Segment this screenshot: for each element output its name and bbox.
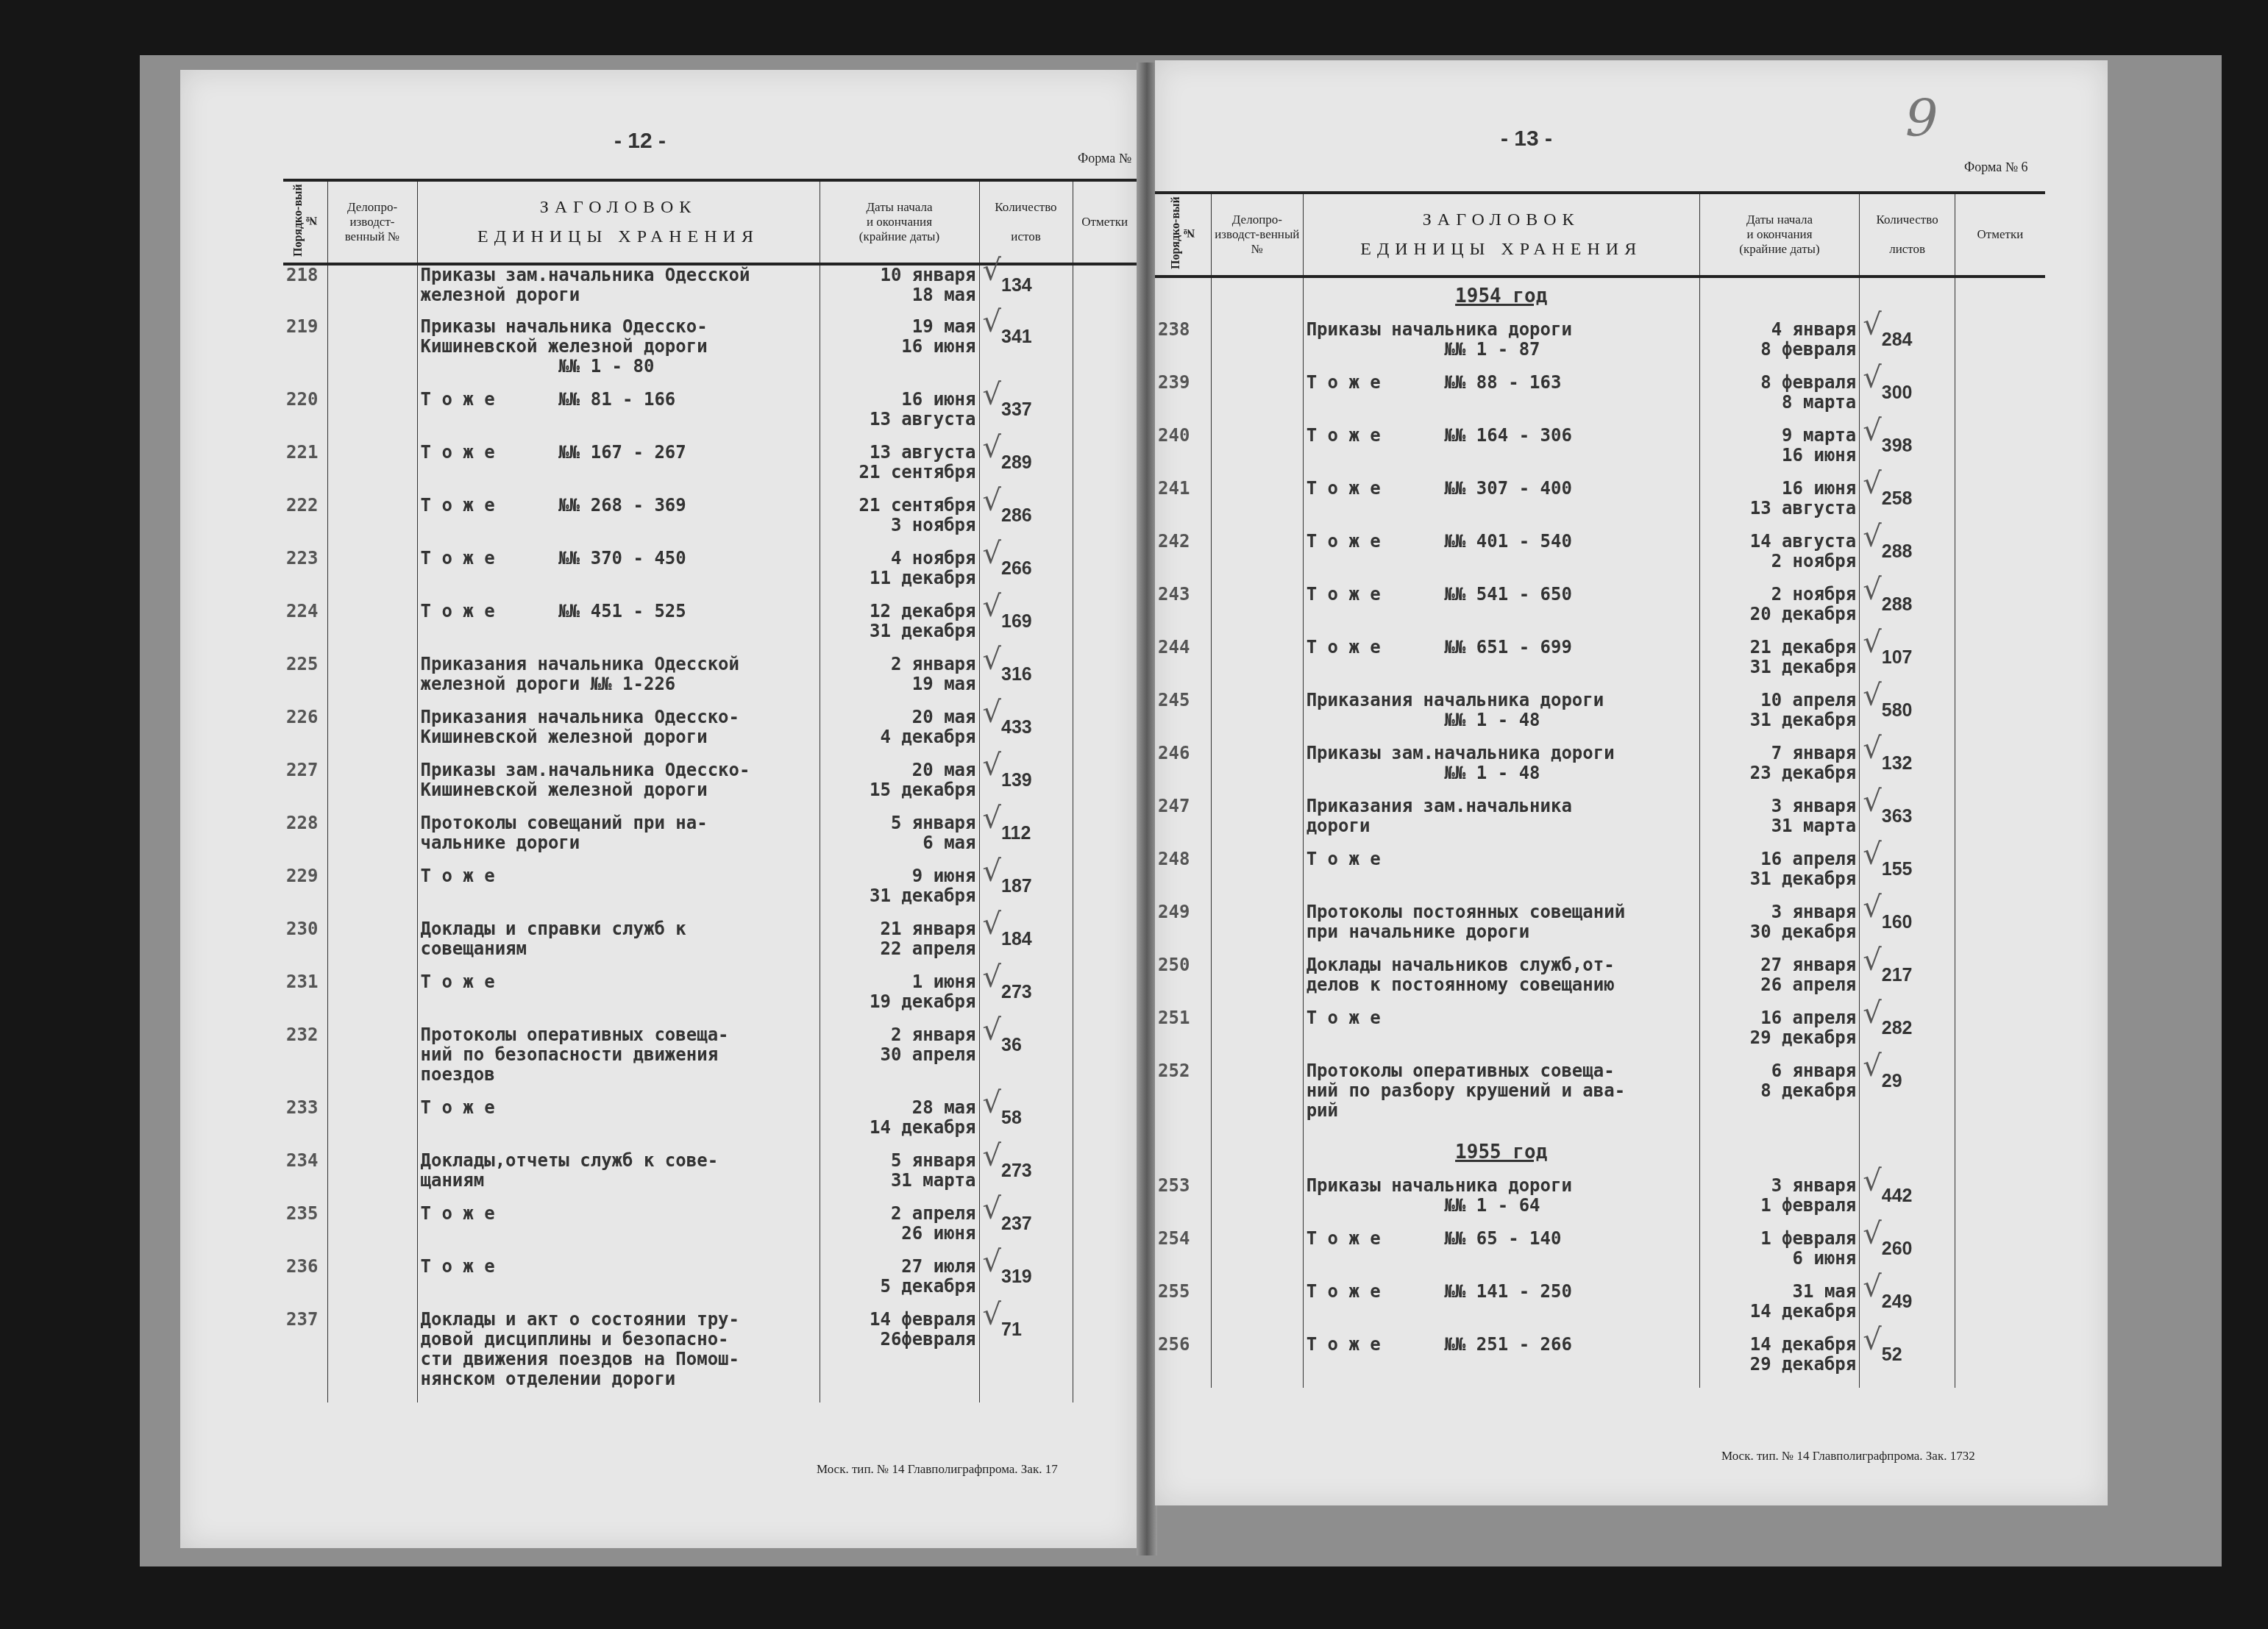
- date-start: 21 сентября: [823, 496, 976, 516]
- date-range: 5 января6 мая: [820, 813, 979, 866]
- office-number: [1212, 638, 1304, 691]
- date-end: 31 декабря: [1703, 710, 1856, 730]
- table-row: 240Т о ж е №№ 164 - 3069 марта16 июня√39…: [1155, 426, 2045, 479]
- notes-cell: [1073, 1310, 1137, 1402]
- register-table-right: Порядко-вый № Делопро-изводст-венный № З…: [1155, 191, 2045, 1388]
- left-page: - 12 - Форма № Порядко-вый № Делопро-изв…: [180, 70, 1137, 1548]
- date-range: 21 декабря31 декабря: [1699, 638, 1859, 691]
- unit-title: Т о ж е: [417, 1204, 820, 1257]
- date-range: 10 января18 мая: [820, 264, 979, 317]
- date-end: 31 декабря: [823, 886, 976, 906]
- date-start: 2 января: [823, 1025, 976, 1045]
- date-end: 31 декабря: [1703, 869, 1856, 889]
- office-number: [327, 1151, 417, 1204]
- notes-cell: [1955, 1282, 2045, 1335]
- date-start: 5 января: [823, 1151, 976, 1171]
- order-number: 251: [1155, 1008, 1212, 1061]
- date-range: 13 августа21 сентября: [820, 443, 979, 496]
- office-number: [1212, 585, 1304, 638]
- date-range: 9 марта16 июня: [1699, 426, 1859, 479]
- date-start: 7 января: [1703, 744, 1856, 763]
- date-end: 29 декабря: [1703, 1355, 1856, 1375]
- date-start: 21 января: [823, 919, 976, 939]
- office-number: [1212, 1335, 1304, 1388]
- check-mark-icon: √: [983, 915, 1002, 935]
- date-range: 16 июня13 августа: [820, 390, 979, 443]
- year-heading-row: 1954 год: [1155, 277, 2045, 320]
- year-heading: 1954 год: [1307, 278, 1696, 320]
- check-mark-icon: √: [1863, 1172, 1882, 1191]
- office-number: [1212, 1008, 1304, 1061]
- notes-cell: [1955, 320, 2045, 373]
- date-range: 4 ноября11 декабря: [820, 549, 979, 602]
- check-mark-icon: √: [983, 1094, 1002, 1113]
- order-number: 224: [283, 602, 327, 655]
- unit-title: Т о ж е №№ 541 - 650: [1303, 585, 1699, 638]
- date-start: 5 января: [823, 813, 976, 833]
- order-number: 246: [1155, 744, 1212, 796]
- check-mark-icon: √: [1863, 580, 1882, 600]
- notes-cell: [1955, 638, 2045, 691]
- notes-cell: [1073, 496, 1137, 549]
- order-number: 250: [1155, 955, 1212, 1008]
- date-start: 9 июня: [823, 866, 976, 886]
- office-number: [1212, 426, 1304, 479]
- date-start: 1 февраля: [1703, 1229, 1856, 1249]
- date-start: 14 февраля: [823, 1310, 976, 1330]
- office-number: [1212, 955, 1304, 1008]
- date-end: 23 декабря: [1703, 763, 1856, 783]
- table-row: 234Доклады,отчеты служб к сове- щаниям5 …: [283, 1151, 1137, 1204]
- date-start: 2 ноября: [1703, 585, 1856, 605]
- notes-cell: [1955, 849, 2045, 902]
- col-order-no: Порядко-вый №: [1155, 193, 1212, 277]
- date-end: 8 февраля: [1703, 340, 1856, 360]
- order-number: 252: [1155, 1061, 1212, 1134]
- date-start: 8 февраля: [1703, 373, 1856, 393]
- order-number: 240: [1155, 426, 1212, 479]
- order-number: 237: [283, 1310, 327, 1402]
- check-mark-icon: √: [1863, 1057, 1882, 1077]
- date-start: 16 июня: [1703, 479, 1856, 499]
- date-end: 29 декабря: [1703, 1028, 1856, 1048]
- unit-title: Приказы начальника Одесско- Кишиневской …: [417, 317, 820, 390]
- check-mark-icon: √: [983, 491, 1002, 511]
- check-mark-icon: √: [983, 1305, 1002, 1325]
- date-end: 13 августа: [823, 410, 976, 429]
- check-mark-icon: √: [1863, 368, 1882, 388]
- check-mark-icon: √: [983, 650, 1002, 670]
- notes-cell: [1955, 1008, 2045, 1061]
- office-number: [327, 760, 417, 813]
- order-number: 245: [1155, 691, 1212, 744]
- table-row: 252Протоколы оперативных совеща- ний по …: [1155, 1061, 2045, 1134]
- unit-title: Т о ж е №№ 307 - 400: [1303, 479, 1699, 532]
- order-number: 231: [283, 972, 327, 1025]
- unit-title: Протоколы оперативных совеща- ний по без…: [417, 1025, 820, 1098]
- date-end: 19 декабря: [823, 992, 976, 1012]
- order-number: 238: [1155, 320, 1212, 373]
- order-number: 247: [1155, 796, 1212, 849]
- order-number: 256: [1155, 1335, 1212, 1388]
- date-start: 19 мая: [823, 317, 976, 337]
- date-start: 28 мая: [823, 1098, 976, 1118]
- order-number: 221: [283, 443, 327, 496]
- col-office-no: Делопро-изводст-венный №: [1212, 193, 1304, 277]
- unit-title: Т о ж е: [417, 1098, 820, 1151]
- table-row: 235Т о ж е2 апреля26 июня√237: [283, 1204, 1137, 1257]
- office-number: [1212, 849, 1304, 902]
- date-range: 28 мая14 декабря: [820, 1098, 979, 1151]
- check-mark-icon: √: [1863, 527, 1882, 547]
- order-number: 225: [283, 655, 327, 707]
- table-row: 227Приказы зам.начальника Одесско- Кишин…: [283, 760, 1137, 813]
- order-number: 234: [283, 1151, 327, 1204]
- unit-title: Приказания начальника Одесско- Кишиневск…: [417, 707, 820, 760]
- date-range: 31 мая14 декабря: [1699, 1282, 1859, 1335]
- office-number: [1212, 1061, 1304, 1134]
- unit-title: Т о ж е: [417, 1257, 820, 1310]
- order-number: 228: [283, 813, 327, 866]
- unit-title: Приказы зам.начальника Одесско- Кишиневс…: [417, 760, 820, 813]
- table-row: 219Приказы начальника Одесско- Кишиневск…: [283, 317, 1137, 390]
- check-mark-icon: √: [1863, 1004, 1882, 1024]
- unit-title: Протоколы совещаний при на- чальнике дор…: [417, 813, 820, 866]
- office-number: [1212, 373, 1304, 426]
- date-range: 3 января31 марта: [1699, 796, 1859, 849]
- unit-title: Т о ж е №№ 251 - 266: [1303, 1335, 1699, 1388]
- unit-title: Доклады и акт о состоянии тру- довой дис…: [417, 1310, 820, 1402]
- check-mark-icon: √: [1863, 951, 1882, 971]
- col-title: ЗАГОЛОВОК ЕДИНИЦЫ ХРАНЕНИЯ: [417, 180, 820, 264]
- table-row: 250Доклады начальников служб,от- делов к…: [1155, 955, 2045, 1008]
- office-number: [1212, 1282, 1304, 1335]
- date-range: 20 мая15 декабря: [820, 760, 979, 813]
- unit-title: Приказы начальника дороги №№ 1 - 87: [1303, 320, 1699, 373]
- check-mark-icon: √: [983, 385, 1002, 405]
- check-mark-icon: √: [983, 438, 1002, 458]
- order-number: 230: [283, 919, 327, 972]
- date-end: 8 марта: [1703, 393, 1856, 413]
- table-row: 241Т о ж е №№ 307 - 40016 июня13 августа…: [1155, 479, 2045, 532]
- register-table-left: Порядко-вый № Делопро-изводст-венный № З…: [283, 179, 1137, 1402]
- check-mark-icon: √: [1863, 845, 1882, 865]
- date-start: 27 июля: [823, 1257, 976, 1277]
- date-start: 2 января: [823, 655, 976, 674]
- order-number: 223: [283, 549, 327, 602]
- order-number: 220: [283, 390, 327, 443]
- col-dates: Даты начала и окончания (крайние даты): [1699, 193, 1859, 277]
- order-number: 242: [1155, 532, 1212, 585]
- date-range: 4 января8 февраля: [1699, 320, 1859, 373]
- col-order-no: Порядко-вый №: [283, 180, 327, 264]
- office-number: [327, 1098, 417, 1151]
- table-row: 218Приказы зам.начальника Одесской желез…: [283, 264, 1137, 317]
- unit-title: Приказания начальника Одесской железной …: [417, 655, 820, 707]
- table-row: 233Т о ж е28 мая14 декабря√58: [283, 1098, 1137, 1151]
- order-number: 232: [283, 1025, 327, 1098]
- office-number: [327, 707, 417, 760]
- unit-title: Доклады и справки служб к совещаниям: [417, 919, 820, 972]
- date-range: 1 февраля6 июня: [1699, 1229, 1859, 1282]
- page-number: - 13 -: [1501, 126, 1552, 152]
- table-row: 225Приказания начальника Одесской железн…: [283, 655, 1137, 707]
- date-range: 14 февраля26февраля: [820, 1310, 979, 1402]
- office-number: [327, 1025, 417, 1098]
- date-end: 13 августа: [1703, 499, 1856, 518]
- date-start: 16 апреля: [1703, 1008, 1856, 1028]
- date-end: 31 декабря: [1703, 657, 1856, 677]
- notes-cell: [1073, 972, 1137, 1025]
- unit-title: Доклады,отчеты служб к сове- щаниям: [417, 1151, 820, 1204]
- col-dates: Даты начала и окончания (крайние даты): [820, 180, 979, 264]
- notes-cell: [1955, 955, 2045, 1008]
- office-number: [327, 1204, 417, 1257]
- office-number: [327, 549, 417, 602]
- table-row: 253Приказы начальника дороги №№ 1 - 643 …: [1155, 1176, 2045, 1229]
- date-end: 22 апреля: [823, 939, 976, 959]
- order-number: 218: [283, 264, 327, 317]
- date-end: 3 ноября: [823, 516, 976, 535]
- col-sheet-count: Количество истов: [979, 180, 1073, 264]
- date-end: 5 декабря: [823, 1277, 976, 1297]
- order-number: 227: [283, 760, 327, 813]
- unit-title: Т о ж е №№ 141 - 250: [1303, 1282, 1699, 1335]
- check-mark-icon: √: [1863, 898, 1882, 918]
- date-start: 16 апреля: [1703, 849, 1856, 869]
- notes-cell: [1955, 426, 2045, 479]
- unit-title: Т о ж е №№ 401 - 540: [1303, 532, 1699, 585]
- date-range: 16 апреля31 декабря: [1699, 849, 1859, 902]
- col-title: ЗАГОЛОВОК ЕДИНИЦЫ ХРАНЕНИЯ: [1303, 193, 1699, 277]
- date-end: 14 декабря: [1703, 1302, 1856, 1322]
- right-page: - 13 - 9 Форма № 6 Порядко-вый № Делопро…: [1155, 60, 2108, 1505]
- office-number: [1212, 479, 1304, 532]
- check-mark-icon: √: [1863, 474, 1882, 494]
- unit-title: Доклады начальников служб,от- делов к по…: [1303, 955, 1699, 1008]
- date-end: 8 декабря: [1703, 1081, 1856, 1101]
- office-number: [1212, 1229, 1304, 1282]
- date-start: 4 января: [1703, 320, 1856, 340]
- notes-cell: [1955, 1335, 2045, 1388]
- order-number: 222: [283, 496, 327, 549]
- check-mark-icon: √: [1863, 1277, 1882, 1297]
- unit-title: Приказы начальника дороги №№ 1 - 64: [1303, 1176, 1699, 1229]
- notes-cell: [1073, 1204, 1137, 1257]
- date-range: 27 января26 апреля: [1699, 955, 1859, 1008]
- date-start: 12 декабря: [823, 602, 976, 621]
- unit-title: Приказания зам.начальника дороги: [1303, 796, 1699, 849]
- date-end: 26 июня: [823, 1224, 976, 1244]
- check-mark-icon: √: [1863, 1225, 1882, 1244]
- notes-cell: [1955, 585, 2045, 638]
- sheet-count: √52: [1860, 1335, 1955, 1388]
- date-end: 20 декабря: [1703, 605, 1856, 624]
- order-number: 236: [283, 1257, 327, 1310]
- col-notes: Отметки: [1955, 193, 2045, 277]
- table-row: 243Т о ж е №№ 541 - 6502 ноября20 декабр…: [1155, 585, 2045, 638]
- date-range: 5 января31 марта: [820, 1151, 979, 1204]
- date-end: 19 мая: [823, 674, 976, 694]
- office-number: [327, 443, 417, 496]
- date-start: 4 ноября: [823, 549, 976, 568]
- sheet-count: √71: [979, 1310, 1073, 1402]
- unit-title: Приказания начальника дороги №№ 1 - 48: [1303, 691, 1699, 744]
- date-range: 3 января30 декабря: [1699, 902, 1859, 955]
- unit-title: Протоколы оперативных совеща- ний по раз…: [1303, 1061, 1699, 1134]
- date-end: 16 июня: [823, 337, 976, 357]
- date-range: 2 января19 мая: [820, 655, 979, 707]
- notes-cell: [1073, 1257, 1137, 1310]
- table-row: 224Т о ж е №№ 451 - 52512 декабря31 дека…: [283, 602, 1137, 655]
- check-mark-icon: √: [1863, 316, 1882, 335]
- date-end: 30 декабря: [1703, 922, 1856, 942]
- date-start: 1 июня: [823, 972, 976, 992]
- table-row: 232Протоколы оперативных совеща- ний по …: [283, 1025, 1137, 1098]
- date-end: 4 декабря: [823, 727, 976, 747]
- sheet-count: √29: [1860, 1061, 1955, 1134]
- date-range: 21 сентября3 ноября: [820, 496, 979, 549]
- order-number: 255: [1155, 1282, 1212, 1335]
- office-number: [327, 264, 417, 317]
- date-end: 26 апреля: [1703, 975, 1856, 995]
- date-range: 14 декабря29 декабря: [1699, 1335, 1859, 1388]
- order-number: 239: [1155, 373, 1212, 426]
- notes-cell: [1073, 813, 1137, 866]
- col-sheet-count: Количество листов: [1860, 193, 1955, 277]
- table-row: 247Приказания зам.начальника дороги3 янв…: [1155, 796, 2045, 849]
- date-range: 20 мая4 декабря: [820, 707, 979, 760]
- table-row: 246Приказы зам.начальника дороги №№ 1 - …: [1155, 744, 2045, 796]
- notes-cell: [1073, 549, 1137, 602]
- notes-cell: [1073, 443, 1137, 496]
- table-row: 255Т о ж е №№ 141 - 25031 мая14 декабря√…: [1155, 1282, 2045, 1335]
- office-number: [1212, 320, 1304, 373]
- notes-cell: [1073, 919, 1137, 972]
- table-row: 238Приказы начальника дороги №№ 1 - 874 …: [1155, 320, 2045, 373]
- unit-title: Т о ж е №№ 88 - 163: [1303, 373, 1699, 426]
- date-range: 2 ноября20 декабря: [1699, 585, 1859, 638]
- check-mark-icon: √: [983, 1021, 1002, 1041]
- check-mark-icon: √: [983, 703, 1002, 723]
- office-number: [327, 972, 417, 1025]
- table-row: 251Т о ж е16 апреля29 декабря√282: [1155, 1008, 2045, 1061]
- date-range: 10 апреля31 декабря: [1699, 691, 1859, 744]
- date-range: 27 июля5 декабря: [820, 1257, 979, 1310]
- date-start: 14 декабря: [1703, 1335, 1856, 1355]
- date-range: 2 апреля26 июня: [820, 1204, 979, 1257]
- notes-cell: [1073, 602, 1137, 655]
- notes-cell: [1073, 866, 1137, 919]
- table-row: 245Приказания начальника дороги №№ 1 - 4…: [1155, 691, 2045, 744]
- order-number: 235: [283, 1204, 327, 1257]
- unit-title: Т о ж е №№ 65 - 140: [1303, 1229, 1699, 1282]
- table-row: 244Т о ж е №№ 651 - 69921 декабря31 дека…: [1155, 638, 2045, 691]
- order-number: 243: [1155, 585, 1212, 638]
- unit-title: Т о ж е №№ 167 - 267: [417, 443, 820, 496]
- check-mark-icon: √: [983, 1200, 1002, 1219]
- check-mark-icon: √: [983, 313, 1002, 332]
- date-range: 16 апреля29 декабря: [1699, 1008, 1859, 1061]
- table-row: 248Т о ж е16 апреля31 декабря√155: [1155, 849, 2045, 902]
- office-number: [1212, 532, 1304, 585]
- order-number: 248: [1155, 849, 1212, 902]
- notes-cell: [1073, 390, 1137, 443]
- table-row: 236Т о ж е27 июля5 декабря√319: [283, 1257, 1137, 1310]
- table-row: 231Т о ж е1 июня19 декабря√273: [283, 972, 1137, 1025]
- date-end: 26февраля: [823, 1330, 976, 1350]
- date-end: 2 ноября: [1703, 552, 1856, 571]
- notes-cell: [1955, 796, 2045, 849]
- table-header-row: Порядко-вый № Делопро-изводст-венный № З…: [1155, 193, 2045, 277]
- office-number: [1212, 796, 1304, 849]
- date-range: 9 июня31 декабря: [820, 866, 979, 919]
- date-range: 14 августа2 ноября: [1699, 532, 1859, 585]
- date-start: 3 января: [1703, 902, 1856, 922]
- date-range: 1 июня19 декабря: [820, 972, 979, 1025]
- notes-cell: [1955, 532, 2045, 585]
- date-range: 16 июня13 августа: [1699, 479, 1859, 532]
- table-row: 254Т о ж е №№ 65 - 1401 февраля6 июня√26…: [1155, 1229, 2045, 1282]
- form-label: Форма №: [1078, 151, 1131, 166]
- printer-imprint: Моск. тип. № 14 Главполиграфпрома. Зак. …: [1721, 1449, 1975, 1464]
- check-mark-icon: √: [983, 544, 1002, 564]
- check-mark-icon: √: [983, 261, 1002, 281]
- date-range: 6 января8 декабря: [1699, 1061, 1859, 1134]
- table-row: 226Приказания начальника Одесско- Кишине…: [283, 707, 1137, 760]
- check-mark-icon: √: [1863, 686, 1882, 706]
- date-start: 3 января: [1703, 1176, 1856, 1196]
- notes-cell: [1073, 655, 1137, 707]
- office-number: [327, 390, 417, 443]
- office-number: [327, 813, 417, 866]
- date-start: 9 марта: [1703, 426, 1856, 446]
- unit-title: Приказы зам.начальника Одесской железной…: [417, 264, 820, 317]
- order-number: 233: [283, 1098, 327, 1151]
- office-number: [1212, 1176, 1304, 1229]
- notes-cell: [1955, 691, 2045, 744]
- year-heading: 1955 год: [1307, 1134, 1696, 1176]
- table-row: 230Доклады и справки служб к совещаниям2…: [283, 919, 1137, 972]
- notes-cell: [1073, 760, 1137, 813]
- check-mark-icon: √: [983, 809, 1002, 829]
- unit-title: Т о ж е: [417, 972, 820, 1025]
- table-row: 237Доклады и акт о состоянии тру- довой …: [283, 1310, 1137, 1402]
- notes-cell: [1955, 1176, 2045, 1229]
- date-start: 27 января: [1703, 955, 1856, 975]
- date-start: 2 апреля: [823, 1204, 976, 1224]
- table-row: 256Т о ж е №№ 251 - 26614 декабря29 дека…: [1155, 1335, 2045, 1388]
- unit-title: Т о ж е №№ 370 - 450: [417, 549, 820, 602]
- unit-title: Т о ж е №№ 451 - 525: [417, 602, 820, 655]
- check-mark-icon: √: [1863, 739, 1882, 759]
- date-start: 10 января: [823, 265, 976, 285]
- order-number: 229: [283, 866, 327, 919]
- date-start: 21 декабря: [1703, 638, 1856, 657]
- check-mark-icon: √: [983, 1147, 1002, 1166]
- office-number: [327, 866, 417, 919]
- notes-cell: [1955, 902, 2045, 955]
- check-mark-icon: √: [983, 862, 1002, 882]
- date-start: 13 августа: [823, 443, 976, 463]
- office-number: [327, 496, 417, 549]
- date-start: 31 мая: [1703, 1282, 1856, 1302]
- date-end: 6 июня: [1703, 1249, 1856, 1269]
- date-end: 15 декабря: [823, 780, 976, 800]
- notes-cell: [1955, 1229, 2045, 1282]
- unit-title: Т о ж е №№ 651 - 699: [1303, 638, 1699, 691]
- check-mark-icon: √: [1863, 1330, 1882, 1350]
